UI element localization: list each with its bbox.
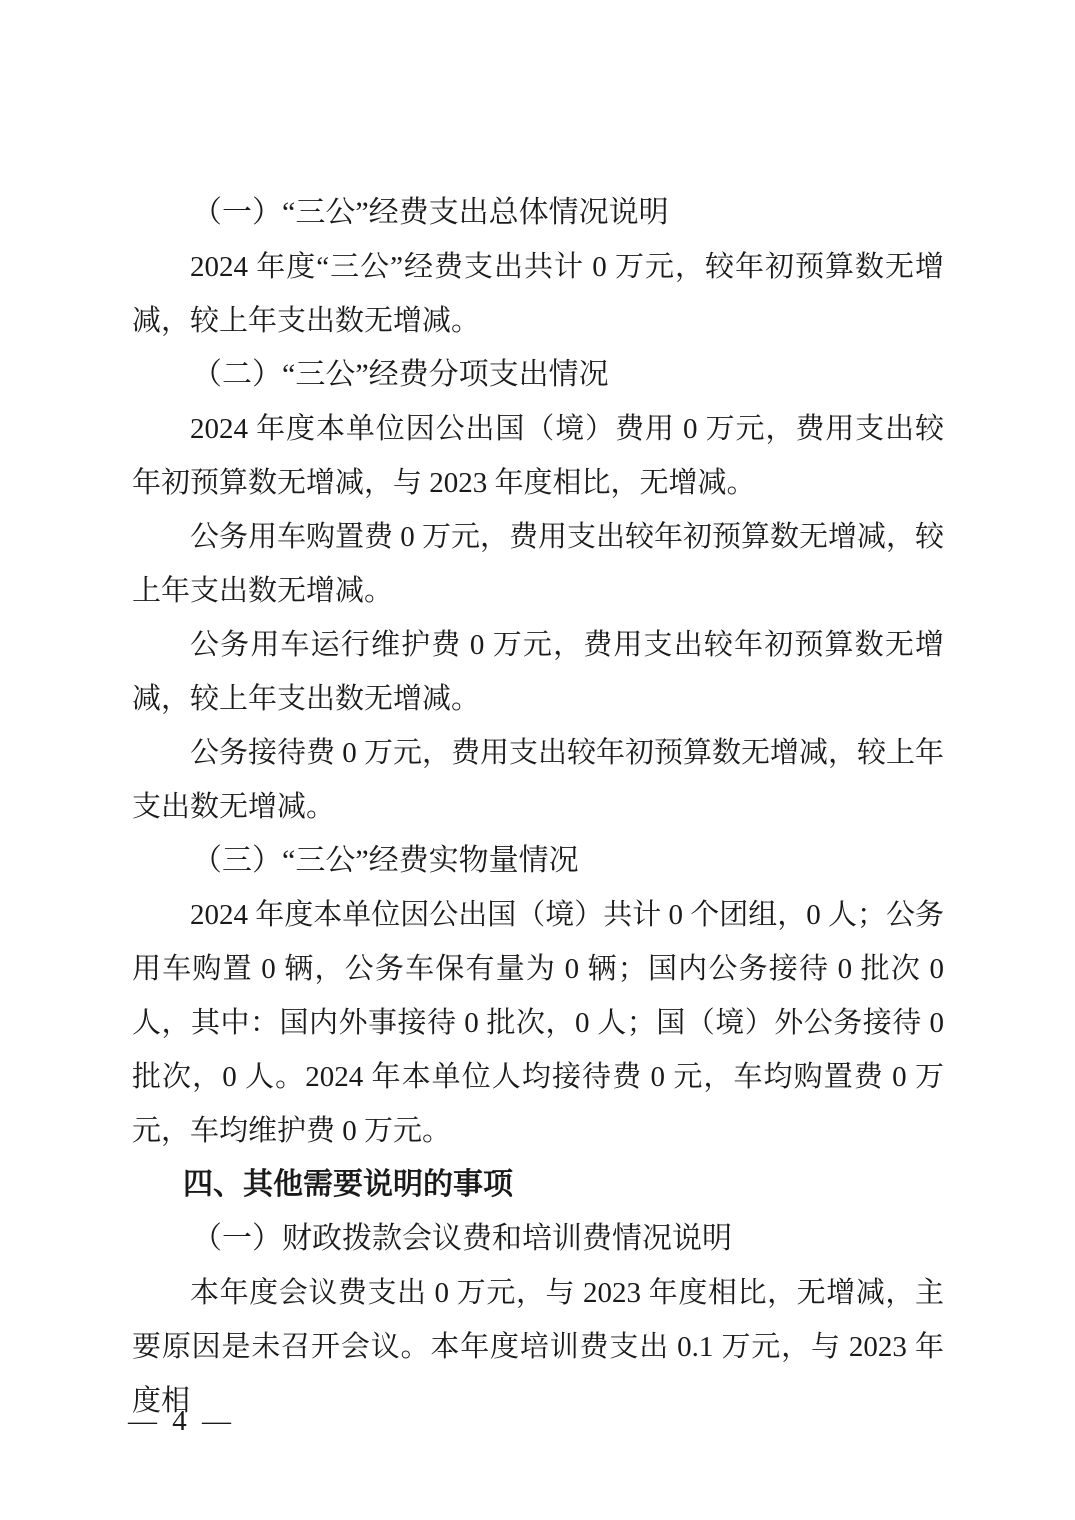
paragraph: 2024 年度本单位因公出国（境）共计 0 个团组，0 人；公务用车购置 0 辆… [132,888,944,1158]
page-number: — 4 — [128,1404,235,1438]
paragraph: 公务接待费 0 万元，费用支出较年初预算数无增减，较上年支出数无增减。 [132,726,944,834]
document-page: （一）“三公”经费支出总体情况说明 2024 年度“三公”经费支出共计 0 万元… [0,0,1075,1520]
section-heading: 四、其他需要说明的事项 [132,1158,944,1212]
section-subheading: （一）“三公”经费支出总体情况说明 [132,186,944,240]
paragraph: 公务用车运行维护费 0 万元，费用支出较年初预算数无增减，较上年支出数无增减。 [132,618,944,726]
paragraph: 2024 年度“三公”经费支出共计 0 万元，较年初预算数无增减，较上年支出数无… [132,240,944,348]
section-subheading: （三）“三公”经费实物量情况 [132,834,944,888]
document-body: （一）“三公”经费支出总体情况说明 2024 年度“三公”经费支出共计 0 万元… [132,186,944,1428]
section-subheading: （一）财政拨款会议费和培训费情况说明 [132,1212,944,1266]
section-subheading: （二）“三公”经费分项支出情况 [132,348,944,402]
paragraph: 公务用车购置费 0 万元，费用支出较年初预算数无增减，较上年支出数无增减。 [132,510,944,618]
paragraph: 本年度会议费支出 0 万元，与 2023 年度相比，无增减，主要原因是未召开会议… [132,1266,944,1428]
paragraph: 2024 年度本单位因公出国（境）费用 0 万元，费用支出较年初预算数无增减，与… [132,402,944,510]
